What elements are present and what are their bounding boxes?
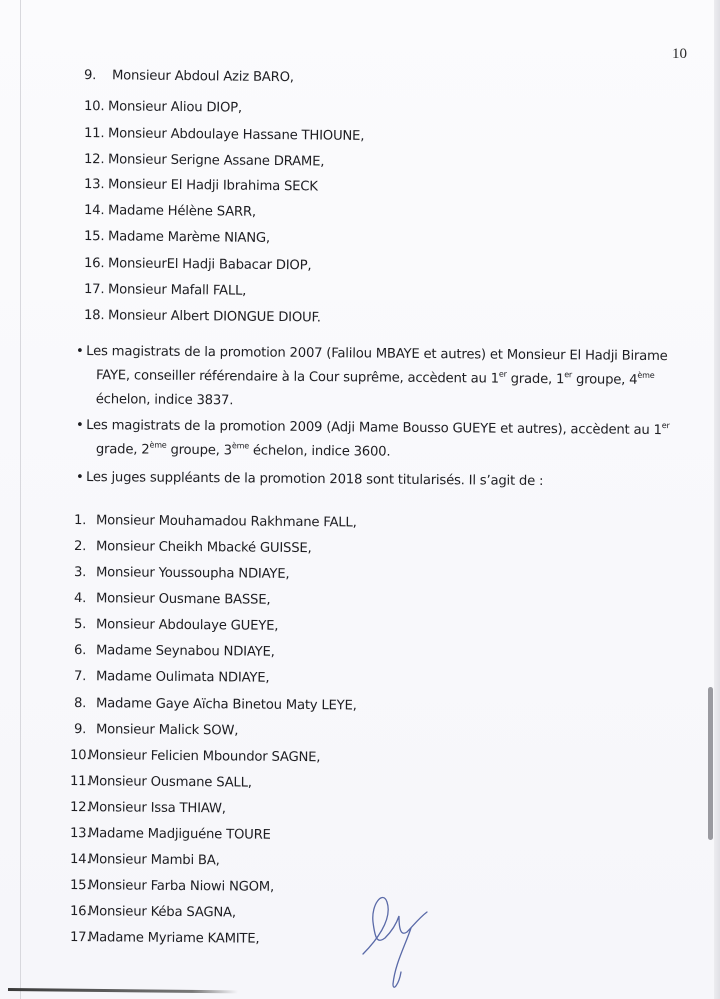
list-item-text: Madame Marème NIANG, <box>108 229 270 246</box>
list-item-text: Monsieur Youssoupha NDIAYE, <box>96 565 290 582</box>
list-item-number: 9. <box>84 68 112 83</box>
list-item: 15.Monsieur Farba Niowi NGOM, <box>70 878 274 895</box>
list-item-number: 3. <box>74 565 96 580</box>
list-item: 7.Madame Oulimata NDIAYE, <box>74 669 270 686</box>
bullet-promotion-2009: • Les magistrats de la promotion 2009 (A… <box>86 414 706 462</box>
list-item-number: 15. <box>84 229 108 244</box>
list-item-number: 11. <box>70 774 88 789</box>
page-number: 10 <box>672 46 687 63</box>
list-item-number: 10. <box>70 748 88 763</box>
list-item-number: 8. <box>74 696 96 711</box>
list-item: 13.Monsieur El Hadji Ibrahima SECK <box>84 177 318 194</box>
list-item-number: 17. <box>70 930 88 945</box>
list-item-text: Monsieur Malick SOW, <box>96 722 238 738</box>
list-item: 6.Madame Seynabou NDIAYE, <box>74 643 275 660</box>
list-item-text: Monsieur Ousmane SALL, <box>88 774 252 790</box>
bullet-promotion-2018: • Les juges suppléants de la promotion 2… <box>86 466 706 490</box>
list-item: 1.Monsieur Mouhamadou Rakhmane FALL, <box>74 513 357 530</box>
page-edge-shadow <box>8 988 238 993</box>
bullet-icon: • <box>76 414 84 438</box>
list-item: 10.Monsieur Felicien Mboundor SAGNE, <box>70 748 320 765</box>
list-item: 9.Monsieur Malick SOW, <box>74 722 238 738</box>
list-item-number: 12. <box>70 800 88 815</box>
list-item-text: Monsieur Abdoulaye Hassane THIOUNE, <box>108 126 364 144</box>
list-item-text: Monsieur Aliou DIOP, <box>108 99 242 115</box>
list-item: 17.Madame Myriame KAMITE, <box>70 930 260 947</box>
list-item: 16.Monsieur Kéba SAGNA, <box>70 904 236 920</box>
list-item-text: Madame Hélène SARR, <box>108 203 256 220</box>
list-item: 10.Monsieur Aliou DIOP, <box>84 99 242 116</box>
list-item-text: Monsieur Serigne Assane DRAME, <box>108 152 324 169</box>
bullet-icon: • <box>76 340 84 364</box>
list-item-number: 13. <box>84 177 108 192</box>
bullet-text-line: Les juges suppléants de la promotion 201… <box>86 466 706 495</box>
list-item-number: 9. <box>74 722 96 737</box>
list-item-text: Monsieur Issa THIAW, <box>88 800 226 816</box>
list-item-text: Madame Seynabou NDIAYE, <box>96 643 275 660</box>
list-item-number: 16. <box>70 904 88 919</box>
list-item: 12.Monsieur Serigne Assane DRAME, <box>84 152 324 170</box>
list-item: 14.Monsieur Mambi BA, <box>70 852 220 868</box>
list-item-number: 2. <box>74 539 96 554</box>
list-item: 5.Monsieur Abdoulaye GUEYE, <box>74 617 278 634</box>
list-item: 16.MonsieurEl Hadji Babacar DIOP, <box>84 256 312 273</box>
list-item-number: 1. <box>74 513 96 528</box>
list-item-number: 13. <box>70 826 88 841</box>
list-item-number: 11. <box>84 126 108 141</box>
list-item-text: Monsieur Abdoulaye GUEYE, <box>96 617 278 634</box>
bullet-icon: • <box>76 466 84 490</box>
list-item-number: 6. <box>74 643 96 658</box>
list-item-number: 10. <box>84 99 108 114</box>
list-item-text: Monsieur Mouhamadou Rakhmane FALL, <box>96 513 357 530</box>
list-item: 14.Madame Hélène SARR, <box>84 203 256 220</box>
list-item: 15.Madame Marème NIANG, <box>84 229 270 246</box>
signature-icon <box>355 892 435 996</box>
list-item: 2.Monsieur Cheikh Mbacké GUISSE, <box>74 539 312 556</box>
list-item: 3.Monsieur Youssoupha NDIAYE, <box>74 565 290 582</box>
list-item: 13.Madame Madjiguéne TOURE <box>70 826 271 843</box>
list-item-text: Monsieur Cheikh Mbacké GUISSE, <box>96 539 312 556</box>
list-item-text: Monsieur Mambi BA, <box>88 852 220 868</box>
list-item-text: Monsieur Ousmane BASSE, <box>96 591 270 608</box>
list-item: 8.Madame Gaye Aïcha Binetou Maty LEYE, <box>74 696 357 713</box>
page-right-edge <box>714 0 720 999</box>
list-item-number: 18. <box>84 308 108 323</box>
list-item-text: Madame Oulimata NDIAYE, <box>96 669 270 686</box>
list-item: 11.Monsieur Ousmane SALL, <box>70 774 252 791</box>
list-item-number: 12. <box>84 152 108 167</box>
list-item-number: 7. <box>74 669 96 684</box>
list-item-number: 14. <box>84 203 108 218</box>
list-item-text: Monsieur El Hadji Ibrahima SECK <box>108 177 318 194</box>
list-item-text: Monsieur Kéba SAGNA, <box>88 904 236 920</box>
list-item: 9.Monsieur Abdoul Aziz BARO, <box>84 68 294 85</box>
list-item-number: 14. <box>70 852 88 867</box>
list-item: 4.Monsieur Ousmane BASSE, <box>74 591 270 608</box>
bullet-promotion-2007: • Les magistrats de la promotion 2007 (F… <box>86 340 706 412</box>
scrollbar-thumb[interactable] <box>708 687 713 840</box>
list-item-number: 16. <box>84 256 108 271</box>
list-item-text: Madame Madjiguéne TOURE <box>88 826 271 843</box>
list-item-number: 15. <box>70 878 88 893</box>
list-item-number: 5. <box>74 617 96 632</box>
list-item-number: 4. <box>74 591 96 606</box>
list-item-text: Monsieur Albert DIONGUE DIOUF. <box>108 308 321 325</box>
list-item-text: Monsieur Felicien Mboundor SAGNE, <box>88 748 320 765</box>
list-item-text: Monsieur Mafall FALL, <box>108 282 246 298</box>
document-page: 10 9.Monsieur Abdoul Aziz BARO,10.Monsie… <box>0 0 720 999</box>
list-item: 11.Monsieur Abdoulaye Hassane THIOUNE, <box>84 126 364 144</box>
list-item-text: Monsieur Farba Niowi NGOM, <box>88 878 274 895</box>
list-item-text: MonsieurEl Hadji Babacar DIOP, <box>108 256 312 273</box>
list-item: 12.Monsieur Issa THIAW, <box>70 800 226 816</box>
list-item: 18.Monsieur Albert DIONGUE DIOUF. <box>84 308 321 325</box>
page-left-edge <box>20 0 21 999</box>
list-item: 17.Monsieur Mafall FALL, <box>84 282 246 299</box>
list-item-text: Madame Myriame KAMITE, <box>88 930 260 946</box>
list-item-text: Madame Gaye Aïcha Binetou Maty LEYE, <box>96 696 357 713</box>
list-item-number: 17. <box>84 282 108 297</box>
list-item-text: Monsieur Abdoul Aziz BARO, <box>112 68 294 85</box>
